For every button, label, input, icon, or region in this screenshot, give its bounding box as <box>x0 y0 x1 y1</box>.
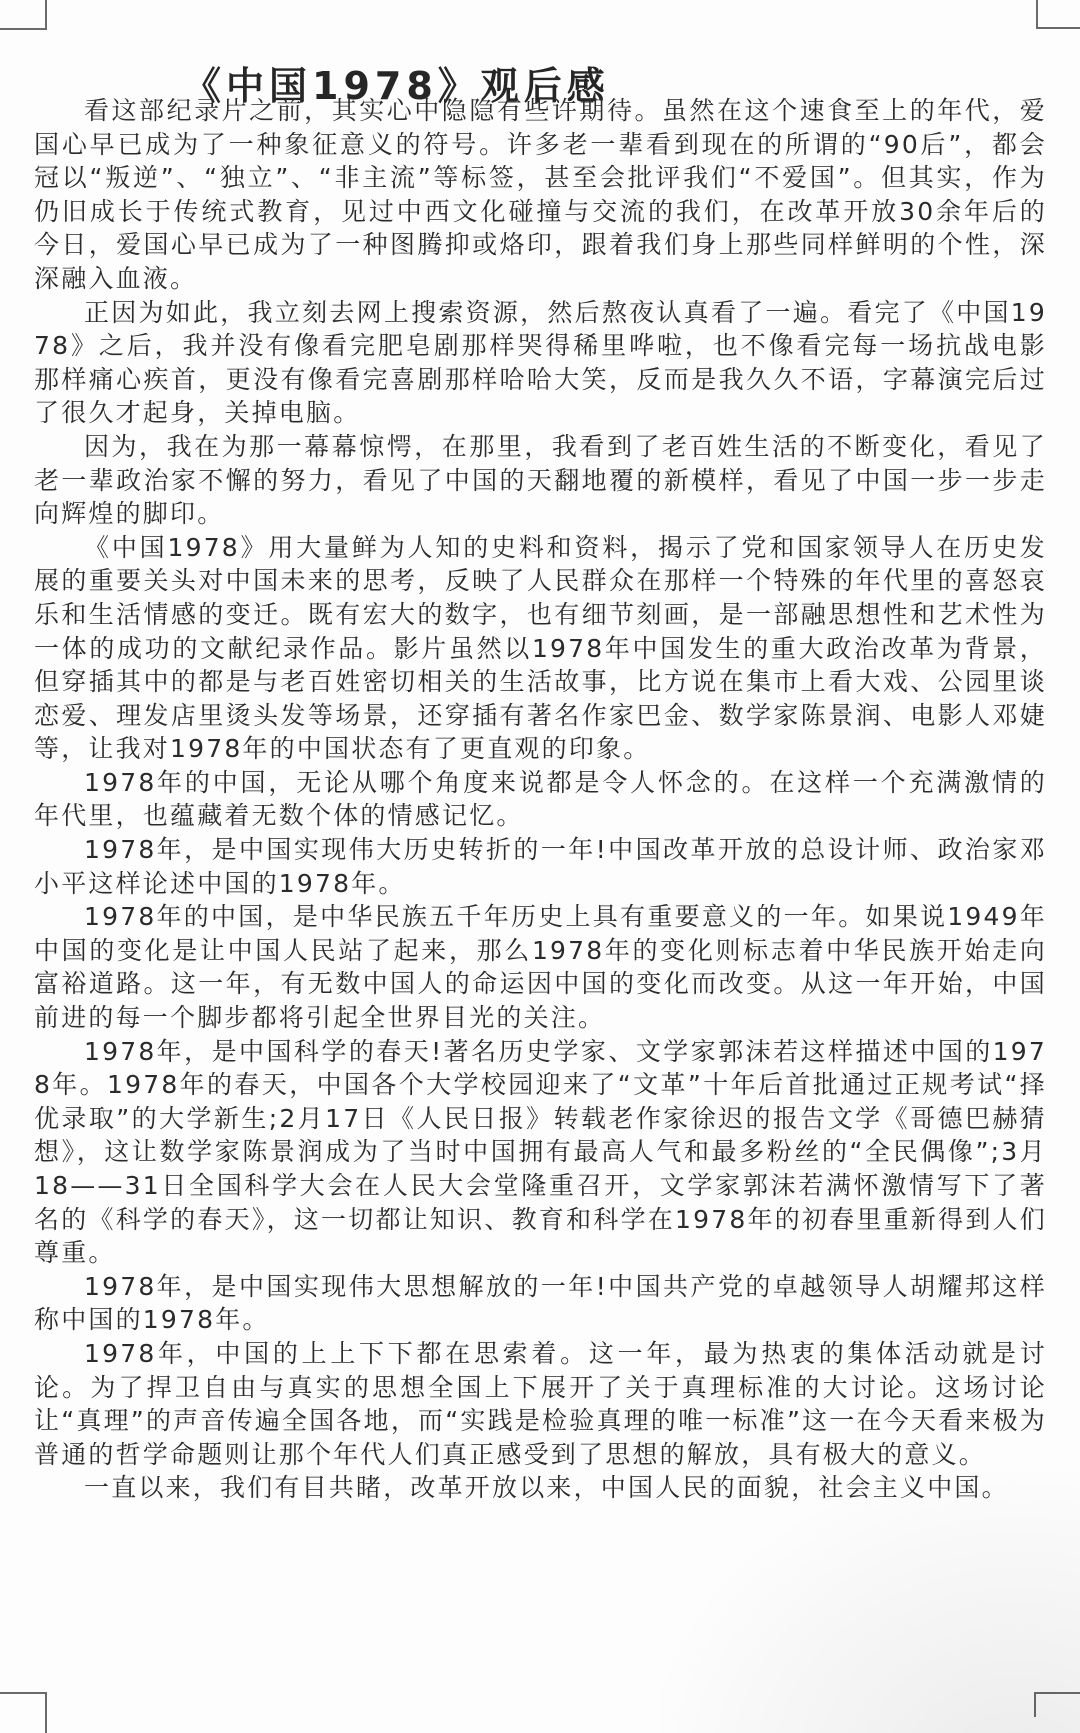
essay-paragraph: 1978年的中国，是中华民族五千年历史上具有重要意义的一年。如果说1949年中国… <box>34 900 1047 1034</box>
essay-paragraph: 《中国1978》用大量鲜为人知的史料和资料，揭示了党和国家领导人在历史发展的重要… <box>34 531 1047 766</box>
essay-paragraph: 正因为如此，我立刻去网上搜索资源，然后熬夜认真看了一遍。看完了《中国1978》之… <box>34 296 1047 430</box>
corner-mark-bottom-left-v <box>45 1692 47 1733</box>
essay-paragraph: 因为，我在为那一幕幕惊愕，在那里，我看到了老百姓生活的不断变化，看见了老一辈政治… <box>34 430 1047 531</box>
corner-mark-top-left <box>0 0 47 30</box>
corner-mark-top-right <box>1036 0 1080 29</box>
essay-body: 看这部纪录片之前，其实心中隐隐有些许期待。虽然在这个速食至上的年代，爱国心早已成… <box>34 94 1047 1505</box>
document-page: 《中国1978》观后感 看这部纪录片之前，其实心中隐隐有些许期待。虽然在这个速食… <box>0 0 1080 1733</box>
corner-mark-bottom-right-v <box>1034 1692 1036 1717</box>
essay-paragraph: 1978年，是中国实现伟大历史转折的一年!中国改革开放的总设计师、政治家邓小平这… <box>34 833 1047 900</box>
essay-paragraph: 1978年，是中国实现伟大思想解放的一年!中国共产党的卓越领导人胡耀邦这样称中国… <box>34 1270 1047 1337</box>
essay-paragraph: 1978年，中国的上上下下都在思索着。这一年，最为热衷的集体活动就是讨论。为了捍… <box>34 1337 1047 1471</box>
page-curl-shadow <box>660 1473 1080 1733</box>
essay-paragraph: 看这部纪录片之前，其实心中隐隐有些许期待。虽然在这个速食至上的年代，爱国心早已成… <box>34 94 1047 296</box>
essay-paragraph: 1978年，是中国科学的春天!著名历史学家、文学家郭沫若这样描述中国的1978年… <box>34 1035 1047 1270</box>
essay-paragraph: 一直以来，我们有目共睹，改革开放以来，中国人民的面貌，社会主义中国。 <box>34 1471 1047 1505</box>
essay-paragraph: 1978年的中国，无论从哪个角度来说都是令人怀念的。在这样一个充满激情的年代里，… <box>34 766 1047 833</box>
corner-mark-bottom-right <box>1036 1692 1080 1694</box>
corner-mark-bottom-left <box>0 1692 45 1694</box>
